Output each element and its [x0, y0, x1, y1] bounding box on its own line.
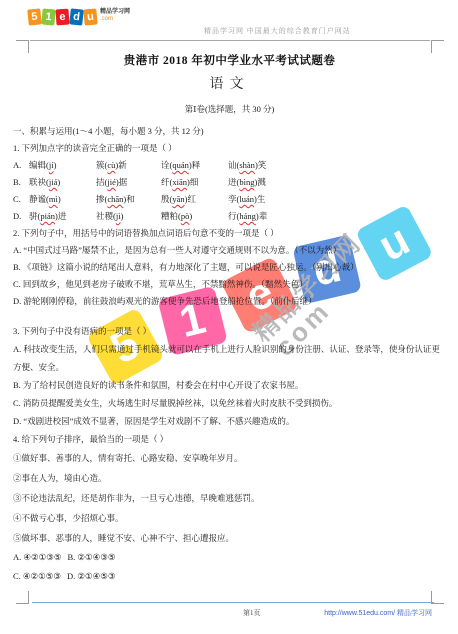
question-2-option-b: B. 《项链》这篇小说的结尾出人意料，有力地深化了主题，可以说是匠心独运。（别出… — [13, 259, 446, 276]
question-1-option-a: A. 编辑(jí) 簇(cù)新 诠(quán)释 讪(shàn)笑 — [13, 157, 446, 174]
pinyin: luán — [239, 194, 254, 204]
site-logo-blocks: 5 1 e d u — [28, 9, 97, 25]
question-4-sentence-4: ④不做亏心事，少招烦心事。 — [13, 508, 446, 528]
margin-crop-mark — [16, 591, 29, 604]
question-4-sentence-3: ③不论违法乱纪，还是胡作非为，一旦亏心违德，早晚难逃惩罚。 — [13, 488, 446, 508]
question-3: 3. 下列句子中没有语病的一项是（ ） A. 科技改变生活，人们只需通过手机镜头… — [13, 322, 446, 430]
question-2-stem: 2. 下列句子中，用括号中的词语替换加点词语后句意不变的一项是（ ） — [13, 225, 446, 242]
margin-crop-mark — [431, 40, 444, 53]
pinyin: xiān — [172, 177, 187, 187]
choice-b: B. ②①④③⑤ — [68, 552, 116, 562]
logo-letter-block: u — [83, 8, 97, 25]
section-heading: 第Ⅰ卷(选择题，共 30 分) — [13, 103, 446, 115]
word-with-pinyin: 联袂(jiá) — [29, 174, 87, 191]
pinyin: pián — [40, 211, 55, 221]
pinyin: shàn — [239, 160, 255, 170]
footer-link[interactable]: http://www.51edu.com/ 精品学习网 — [324, 608, 432, 618]
word-with-pinyin: 骈(pián)进 — [29, 208, 87, 225]
pinyin: yān — [172, 194, 184, 204]
word-with-pinyin: 静谧(mì) — [29, 191, 87, 208]
question-1-stem: 1. 下列加点字的读音完全正确的一项是（ ） — [13, 140, 446, 157]
choice-d: D. ②①④⑤③ — [67, 571, 116, 581]
question-4-sentence-5: ⑤做坏事、恶事的人，睡觉不安、心神不宁、担心遭报应。 — [13, 528, 446, 548]
question-4-sentence-2: ②事在人为，境由心造。 — [13, 468, 446, 488]
question-1-option-c: C. 静谧(mì) 掺(chān)和 殷(yān)红 孪(luán)生 — [13, 191, 446, 208]
choices-row-2: C. ④②①⑤③D. ②①④⑤③ — [13, 567, 446, 586]
word-with-pinyin: 簇(cù)新 — [96, 157, 152, 174]
logo-letter-block: d — [69, 8, 84, 25]
word-with-pinyin: 编辑(jí) — [29, 157, 87, 174]
logo-letter-block: 1 — [41, 8, 55, 25]
question-1-option-d: D. 骈(pián)进 社稷(jì) 糟粕(pò) 行(háng)辈 — [13, 208, 446, 225]
footer-rule — [32, 602, 434, 603]
pinyin: chān — [107, 194, 123, 204]
word-with-pinyin: 纤(xiān)细 — [161, 174, 219, 191]
question-1-option-b: B. 联袂(jiá) 拮(jié)据 纤(xiān)细 迸(bìng)溅 — [13, 174, 446, 191]
question-4-sentence-1: ①做好事、善事的人，情有寄托、心路安稳、安享晚年岁月。 — [13, 448, 446, 468]
question-3-option-d: D. “戏剧进校园”成效不显著，原因是学生对戏剧不了解、不感兴趣造成的。 — [13, 412, 446, 430]
option-label: A. — [13, 157, 29, 174]
word-with-pinyin: 行(háng)辈 — [228, 208, 286, 225]
word-with-pinyin: 孪(luán)生 — [228, 191, 286, 208]
subject-title: 语文 — [13, 76, 446, 94]
site-logo-wordmark: 精品学习网 .com — [100, 9, 130, 23]
question-3-option-c: C. 消防员提醒爱美女生，火场逃生时尽量脱掉丝袜，以免丝袜着火时皮肤不受到损伤。 — [13, 394, 446, 412]
question-3-option-a: A. 科技改变生活，人们只需通过手机镜头就可以在手机上进行人脸识别的身份注册、认… — [13, 340, 446, 376]
question-4-stem: 4. 给下列句子排序，最恰当的一项是（ ） — [13, 430, 446, 448]
logo-letter-block: e — [55, 9, 69, 26]
logo-site-name: 精品学习网 — [100, 9, 130, 16]
question-4: 4. 给下列句子排序，最恰当的一项是（ ） ①做好事、善事的人，情有寄托、心路安… — [13, 430, 446, 586]
word-with-pinyin: 掺(chān)和 — [96, 191, 152, 208]
margin-crop-mark — [16, 40, 29, 53]
question-2-option-a: A. “中国式过马路”屡禁不止，是因为总有一些人对遵守交通规则不以为意。（不以为… — [13, 242, 446, 259]
question-3-option-b: B. 为了给村民创造良好的读书条件和氛围，村委会在村中心开设了农家书屋。 — [13, 376, 446, 394]
option-label: B. — [13, 174, 29, 191]
word-with-pinyin: 讪(shàn)笑 — [228, 157, 286, 174]
word-with-pinyin: 糟粕(pò) — [161, 208, 219, 225]
pinyin: mì — [49, 194, 58, 204]
question-4-choices: A. ④②①③⑤B. ②①④③⑤ C. ④②①⑤③D. ②①④⑤③ — [13, 548, 446, 586]
question-2-option-d: D. 游轮刚刚停稳，前往鼓浪屿观光的游客便争先恐后地登船抢位置。（前仆后继） — [13, 293, 446, 310]
header-rule — [30, 40, 430, 41]
margin-crop-mark — [431, 591, 444, 604]
logo-letter-block: 5 — [27, 8, 42, 25]
word-with-pinyin: 诠(quán)释 — [161, 157, 219, 174]
question-2-option-c: C. 回到故乡，他见到老房子破败不堪，荒草丛生，不禁黯然神伤。（黯然失色） — [13, 276, 446, 293]
choice-c: C. ④②①⑤③ — [13, 571, 61, 581]
choice-a: A. ④②①③⑤ — [13, 552, 62, 562]
pinyin: jié — [107, 177, 116, 187]
option-label: D. — [13, 208, 29, 225]
exam-content: 贵港市 2018 年初中学业水平考试试题卷 语文 第Ⅰ卷(选择题，共 30 分)… — [13, 54, 446, 586]
document-page: 5 1 e d u 精品学习网 com 5 1 e d u 精品学习网 .com… — [0, 0, 458, 634]
word-with-pinyin: 迸(bìng)溅 — [228, 174, 286, 191]
option-label: C. — [13, 191, 29, 208]
pinyin: quán — [172, 160, 189, 170]
choices-row-1: A. ④②①③⑤B. ②①④③⑤ — [13, 548, 446, 567]
exam-title: 贵港市 2018 年初中学业水平考试试题卷 — [13, 54, 446, 68]
part-heading: 一、积累与运用(1～4 小题，每小题 3 分，共 12 分) — [13, 123, 446, 140]
word-with-pinyin: 社稷(jì) — [96, 208, 152, 225]
word-with-pinyin: 拮(jié)据 — [96, 174, 152, 191]
logo-domain: .com — [100, 16, 130, 23]
page-number: 第1页 — [243, 608, 261, 618]
pinyin: bìng — [239, 177, 254, 187]
pinyin: háng — [239, 211, 256, 221]
site-tagline: 精品学习网 中国最大的综合教育门户网站 — [204, 26, 351, 36]
question-3-stem: 3. 下列句子中没有语病的一项是（ ） — [13, 322, 446, 340]
word-with-pinyin: 殷(yān)红 — [161, 191, 219, 208]
site-logo: 5 1 e d u 精品学习网 .com — [28, 9, 130, 25]
